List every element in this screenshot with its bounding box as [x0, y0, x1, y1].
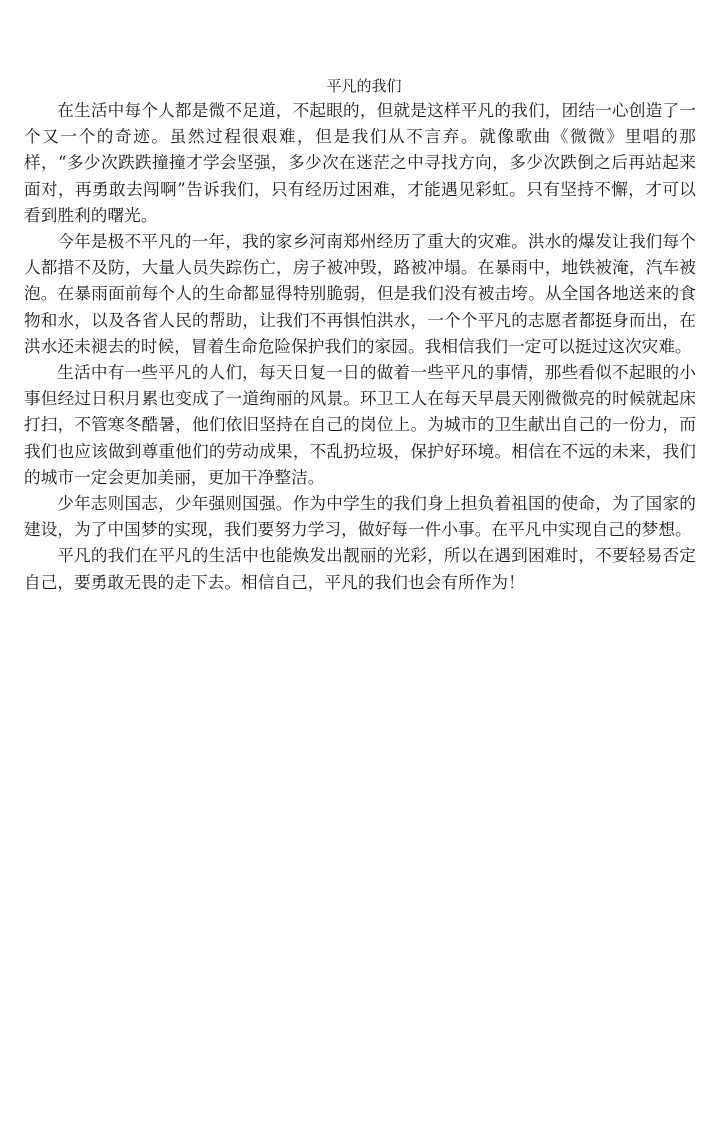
essay-document: 平凡的我们 在生活中每个人都是微不足道，不起眼的，但就是这样平凡的我们，团结一心…: [24, 74, 696, 596]
paragraph-5: 平凡的我们在平凡的生活中也能焕发出靓丽的光彩，所以在遇到困难时，不要轻易否定自己…: [24, 543, 696, 595]
paragraph-1: 在生活中每个人都是微不足道，不起眼的，但就是这样平凡的我们，团结一心创造了一个又…: [24, 98, 696, 229]
essay-title: 平凡的我们: [24, 74, 696, 98]
paragraph-4: 少年志则国志，少年强则国强。作为中学生的我们身上担负着祖国的使命，为了国家的建设…: [24, 491, 696, 543]
paragraph-2: 今年是极不平凡的一年，我的家乡河南郑州经历了重大的灾难。洪水的爆发让我们每个人都…: [24, 229, 696, 360]
paragraph-3: 生活中有一些平凡的人们，每天日复一日的做着一些平凡的事情，那些看似不起眼的小事但…: [24, 360, 696, 491]
